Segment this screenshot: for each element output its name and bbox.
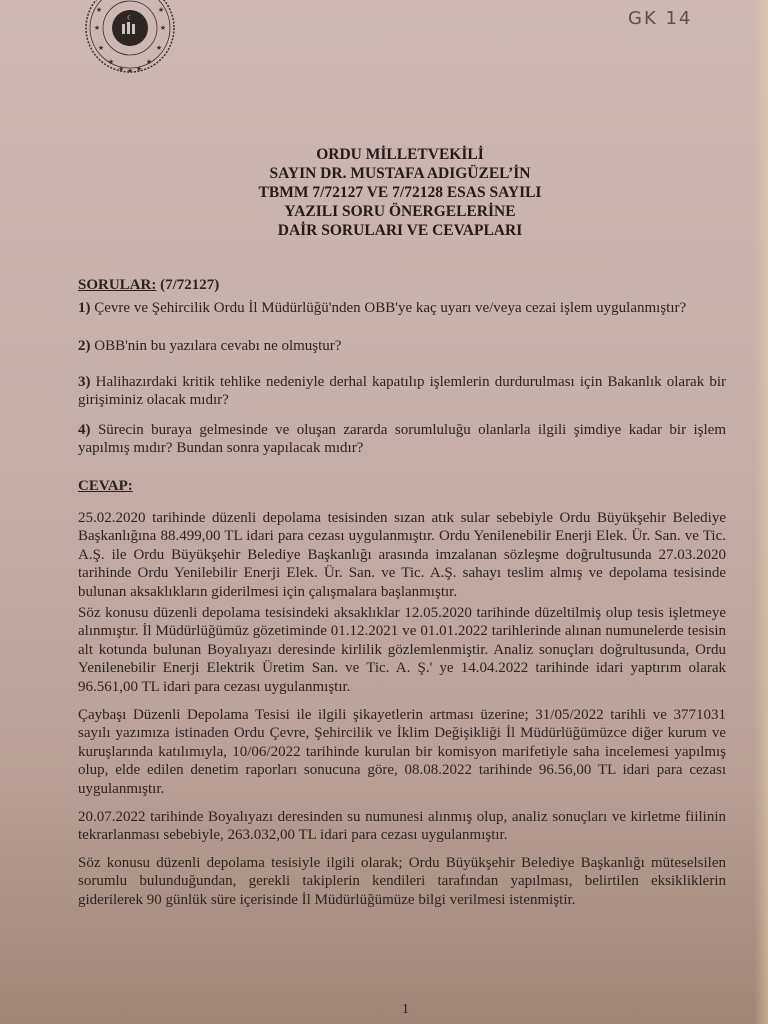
svg-text:★: ★ bbox=[156, 44, 162, 52]
svg-text:★: ★ bbox=[158, 6, 164, 14]
handwritten-note: GK 14 bbox=[628, 8, 692, 29]
question-text: OBB'nin bu yazılara cevabı ne olmuştur? bbox=[94, 338, 341, 354]
question-number: 3) bbox=[78, 374, 91, 390]
question-number: 2) bbox=[78, 338, 91, 354]
title-line: TBMM 7/72127 VE 7/72128 ESAS SAYILI bbox=[180, 183, 620, 202]
title-line: DAİR SORULARI VE CEVAPLARI bbox=[180, 221, 620, 240]
svg-text:★: ★ bbox=[146, 58, 152, 66]
svg-text:★: ★ bbox=[118, 65, 124, 73]
question-1: 1) Çevre ve Şehircilik Ordu İl Müdürlüğü… bbox=[78, 299, 726, 317]
question-text: Sürecin buraya gelmesinde ve oluşan zara… bbox=[78, 422, 726, 456]
answer-heading-label: CEVAP: bbox=[78, 478, 133, 494]
title-line: YAZILI SORU ÖNERGELERİNE bbox=[180, 202, 620, 221]
svg-text:★: ★ bbox=[136, 65, 142, 73]
document-title: ORDU MİLLETVEKİLİ SAYIN DR. MUSTAFA ADIG… bbox=[180, 145, 620, 240]
question-2: 2) OBB'nin bu yazılara cevabı ne olmuştu… bbox=[78, 337, 726, 355]
answer-paragraph: 20.07.2022 tarihinde Boyalıyazı deresind… bbox=[78, 808, 726, 845]
question-number: 4) bbox=[78, 422, 91, 438]
answer-paragraph: 25.02.2020 tarihinde düzenli depolama te… bbox=[78, 509, 726, 601]
paper-edge bbox=[754, 0, 768, 1024]
svg-text:★: ★ bbox=[94, 24, 100, 32]
answer-paragraph: Çaybaşı Düzenli Depolama Tesisi ile ilgi… bbox=[78, 706, 726, 798]
svg-text:★: ★ bbox=[108, 58, 114, 66]
question-text: Çevre ve Şehircilik Ordu İl Müdürlüğü'nd… bbox=[94, 300, 686, 316]
svg-text:★: ★ bbox=[98, 44, 104, 52]
svg-text:★: ★ bbox=[160, 24, 166, 32]
title-line: ORDU MİLLETVEKİLİ bbox=[180, 145, 620, 164]
questions-heading-label: SORULAR: bbox=[78, 277, 156, 293]
question-3: 3) Halihazırdaki kritik tehlike nedeniyl… bbox=[78, 373, 726, 410]
questions-ref: (7/72127) bbox=[160, 277, 219, 293]
question-text: Halihazırdaki kritik tehlike nedeniyle d… bbox=[78, 374, 726, 408]
svg-text:☾: ☾ bbox=[127, 14, 133, 22]
ministry-seal-icon: ☾ ★★ ★★ ★★ ★★ ★ ★★ bbox=[85, 0, 175, 80]
answer-paragraph: Söz konusu düzenli depolama tesisiyle il… bbox=[78, 854, 726, 909]
questions-heading: SORULAR: (7/72127) bbox=[78, 276, 726, 294]
answer-heading: CEVAP: bbox=[78, 477, 726, 495]
page-number: 1 bbox=[402, 1002, 409, 1018]
svg-text:★: ★ bbox=[96, 6, 102, 14]
svg-text:★: ★ bbox=[127, 67, 133, 75]
question-number: 1) bbox=[78, 300, 91, 316]
answer-paragraph: Söz konusu düzenli depolama tesisindeki … bbox=[78, 604, 726, 696]
question-4: 4) Sürecin buraya gelmesinde ve oluşan z… bbox=[78, 421, 726, 458]
document-page: ☾ ★★ ★★ ★★ ★★ ★ ★★ GK 14 ORDU MİLLETVEKİ… bbox=[0, 0, 768, 1024]
title-line: SAYIN DR. MUSTAFA ADIGÜZEL’İN bbox=[180, 164, 620, 183]
